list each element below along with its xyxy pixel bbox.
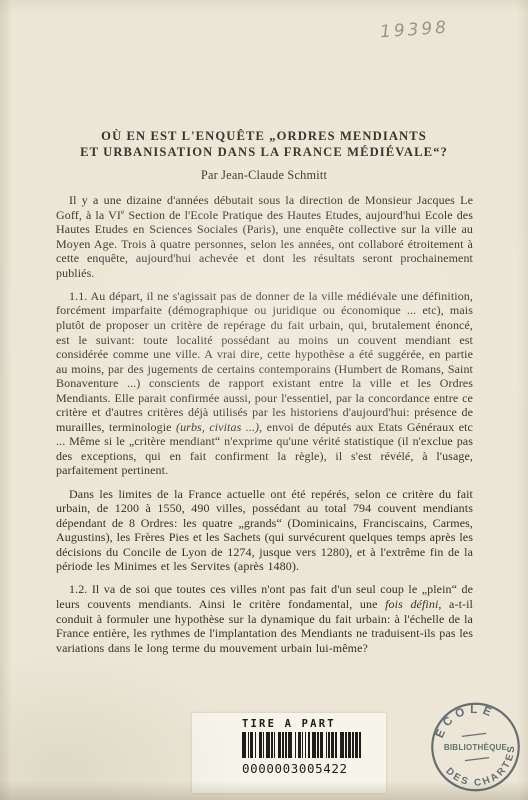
barcode: [242, 732, 386, 758]
title-block: OÙ EN EST L'ENQUÊTE „ORDRES MENDIANTS ET…: [0, 129, 528, 183]
article-title-line2: ET URBANISATION DANS LA FRANCE MÉDIÉVALE…: [0, 145, 528, 161]
paragraph: Dans les limites de la France actuelle o…: [56, 487, 473, 574]
barcode-number: 0000003005422: [242, 761, 386, 776]
offprint-label-content: TIRE A PART 0000003005422: [192, 713, 386, 776]
document-body: Il y a une dizaine d'années débutait sou…: [56, 193, 473, 655]
stamp-top-text: ÉCOLE: [427, 700, 501, 743]
stamp-middle-text: BIBLIOTHÈQUE: [444, 743, 508, 752]
paragraph: 1.2. Il va de soi que toutes ces villes …: [56, 582, 473, 655]
offprint-label-text: TIRE A PART: [242, 718, 386, 730]
paragraph: Il y a une dizaine d'années débutait sou…: [56, 193, 473, 280]
article-title-line1: OÙ EN EST L'ENQUÊTE „ORDRES MENDIANTS: [0, 129, 528, 145]
svg-text:ÉCOLE: ÉCOLE: [427, 700, 501, 743]
offprint-label: TIRE A PART 0000003005422: [192, 713, 386, 793]
scanned-page: 19398 OÙ EN EST L'ENQUÊTE „ORDRES MENDIA…: [0, 0, 528, 800]
library-stamp: ÉCOLE DES CHARTES BIBLIOTHÈQUE: [427, 700, 524, 794]
paragraph: 1.1. Au départ, il ne s'agissait pas de …: [56, 289, 473, 478]
author-byline: Par Jean-Claude Schmitt: [0, 168, 528, 183]
handwritten-accession-number: 19398: [379, 18, 449, 43]
